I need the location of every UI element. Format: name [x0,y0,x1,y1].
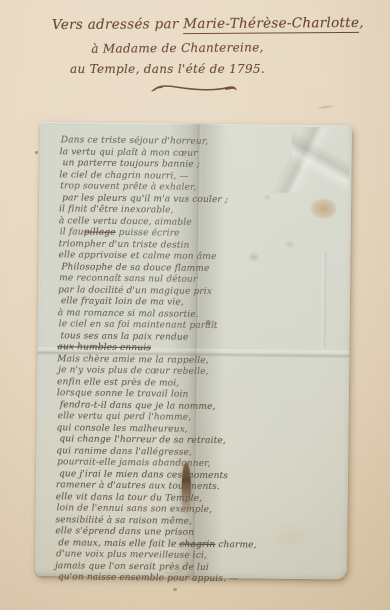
caption-line-1: Vers adressés par Marie-Thérèse-Charlott… [52,15,352,33]
faint-bottom-stain [268,523,312,551]
caption-line1-post: , [359,15,364,31]
pencil-smudge [316,104,336,110]
foxing-stain-4 [263,194,271,201]
foxing-stain-2 [247,251,260,262]
poem-line: qu'on naisse ensemble pour appuis. — [58,572,207,585]
poem-text-block: Dans ce triste séjour d'horreur,la vertu… [55,135,212,585]
struck-through-word: pillage [84,228,116,238]
foxing-stain-large [310,198,337,219]
manuscript-photo: Dans ce triste séjour d'horreur,la vertu… [35,122,352,580]
caption-line-2: à Madame de Chantereine, [80,40,275,56]
struck-through-word: chagrin [179,539,215,549]
caption-underlined-name: Marie-Thérèse-Charlotte [183,15,359,34]
caption-line1-pre: Vers adressés par [52,16,183,33]
auction-catalog-photo: Vers adressés par Marie-Thérèse-Charlott… [0,0,390,610]
struck-through-word: aux humbles ennuis [57,342,151,353]
foxing-stain-3 [285,240,295,249]
caption-line-3: au Temple, dans l'été de 1795. [70,62,250,76]
flourish-underline-icon [150,81,238,95]
mat-speck-2 [173,588,177,591]
mat-speck-1 [35,151,38,154]
